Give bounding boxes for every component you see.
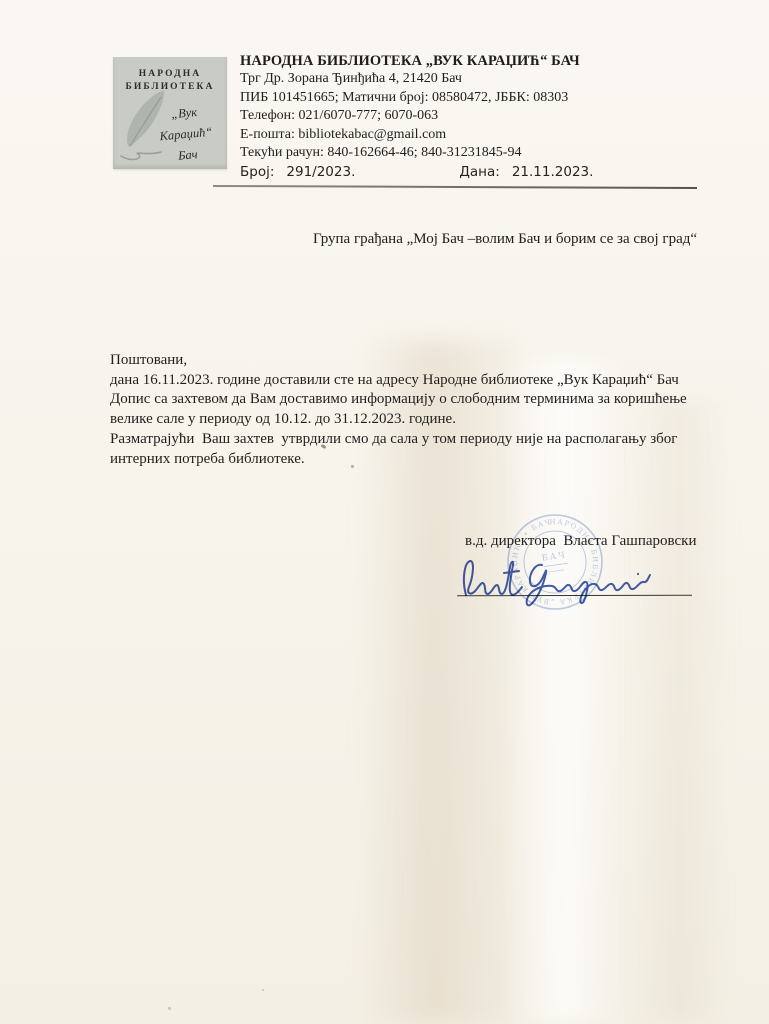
body-line: Разматрајући Ваш захтев утврдили смо да … [110, 430, 740, 450]
scan-shading-band [630, 400, 730, 1024]
library-name: НАРОДНА БИБЛИОТЕКА „ВУК КАРАЏИЋ“ БАЧ [240, 52, 720, 70]
header-ids: ПИБ 101451665; Матични број: 08580472, Ј… [240, 89, 720, 107]
scanned-letter: НАРОДНА БИБЛИОТЕКА „Вук Караџић“ Бач НАР… [0, 0, 769, 1024]
recipient-line: Група грађана „Мој Бач –волим Бач и бори… [313, 231, 697, 248]
body-line: велике сале у периоду од 10.12. до 31.12… [110, 410, 740, 430]
dust-speck [262, 989, 264, 991]
logo-script-text: „Вук Караџић“ Бач [150, 100, 221, 169]
doc-number-label: Број: [240, 164, 274, 180]
header-email: Е-пошта: bibliotekabac@gmail.com [240, 126, 720, 144]
body-line: дана 16.11.2023. године доставили сте на… [110, 371, 740, 391]
doc-number-value: 291/2023. [286, 164, 355, 180]
body-line: Допис са захтевом да Вам доставимо инфор… [110, 390, 740, 410]
library-logo: НАРОДНА БИБЛИОТЕКА „Вук Караџић“ Бач [113, 57, 227, 169]
doc-date-label: Дана: [459, 164, 499, 180]
handwritten-signature [456, 545, 656, 607]
header-address: Трг Др. Зорана Ђинђића 4, 21420 Бач [240, 70, 720, 88]
body-line: интерних потреба библиотеке. [110, 450, 740, 470]
letterhead-rule [213, 185, 697, 189]
letterhead: НАРОДНА БИБЛИОТЕКА „ВУК КАРАЏИЋ“ БАЧ Трг… [240, 52, 720, 180]
header-account: Текући рачун: 840-162664-46; 840-3123184… [240, 144, 720, 162]
body-line: Поштовани, [110, 351, 740, 371]
doc-date-value: 21.11.2023. [512, 164, 594, 180]
doc-number-date-row: Број: 291/2023. Дана: 21.11.2023. [240, 164, 720, 180]
dust-speck [168, 1007, 171, 1010]
letter-body: Поштовани, дана 16.11.2023. године доста… [110, 351, 740, 469]
header-phone: Телефон: 021/6070-777; 6070-063 [240, 107, 720, 125]
